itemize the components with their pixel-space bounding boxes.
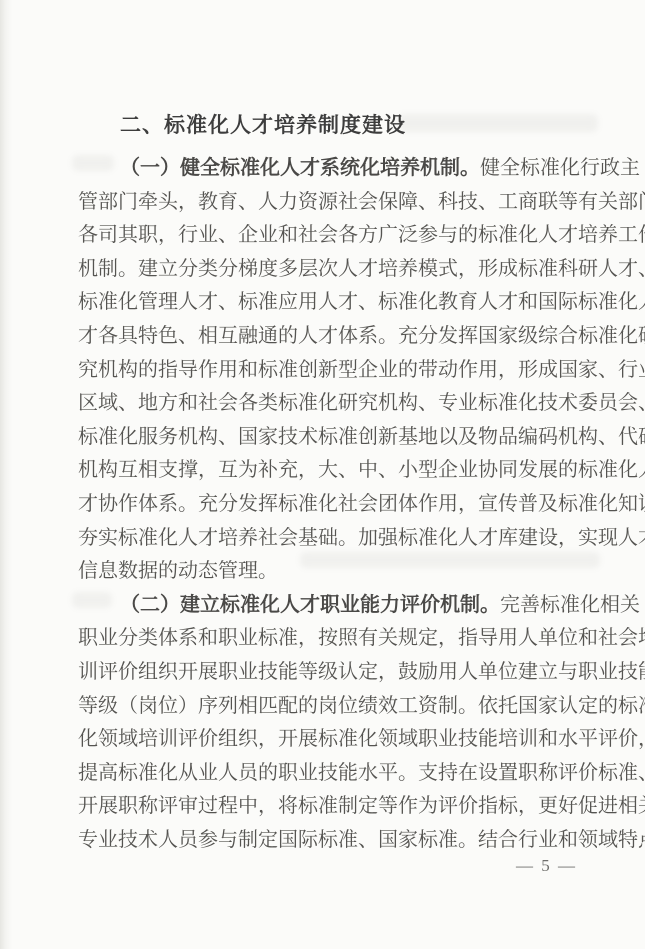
paragraph-text: 职业分类体系和职业标准，按照有关规定，指导用人单位和社会培: [78, 627, 645, 649]
paragraph-text: 标准化服务机构、国家技术标准创新基地以及物品编码机构、代码: [78, 426, 645, 448]
document-body: （一）健全标准化人才系统化培养机制。健全标准化行政主管部门牵头，教育、人力资源社…: [78, 152, 612, 857]
paragraph-text: 标准化管理人才、标准应用人才、标准化教育人才和国际标准化人: [78, 291, 645, 313]
text-line: 标准化管理人才、标准应用人才、标准化教育人才和国际标准化人: [78, 286, 612, 320]
paragraph-text: 等级（岗位）序列相匹配的岗位绩效工资制。依托国家认定的标准: [78, 695, 645, 717]
text-line: 开展职称评审过程中，将标准制定等作为评价指标，更好促进相关: [78, 790, 612, 824]
paragraph-text: 管部门牵头，教育、人力资源社会保障、科技、工商联等有关部门: [78, 191, 645, 213]
text-line: 提高标准化从业人员的职业技能水平。支持在设置职称评价标准、: [78, 757, 612, 791]
text-line: 化领域培训评价组织，开展标准化领域职业技能培训和水平评价，: [78, 723, 612, 757]
paragraph-text: 信息数据的动态管理。: [78, 560, 278, 582]
paragraph-text: 健全标准化行政主: [480, 157, 640, 179]
paragraph-text: 才各具特色、相互融通的人才体系。充分发挥国家级综合标准化研: [78, 325, 645, 347]
text-line: 等级（岗位）序列相匹配的岗位绩效工资制。依托国家认定的标准: [78, 690, 612, 724]
paragraph-text: 各司其职，行业、企业和社会各方广泛参与的标准化人才培养工作: [78, 224, 645, 246]
text-line: 才各具特色、相互融通的人才体系。充分发挥国家级综合标准化研: [78, 320, 612, 354]
document-content: 二、标准化人才培养制度建设 （一）健全标准化人才系统化培养机制。健全标准化行政主…: [78, 112, 612, 857]
section-heading: 二、标准化人才培养制度建设: [120, 112, 612, 152]
paragraph-text: 提高标准化从业人员的职业技能水平。支持在设置职称评价标准、: [78, 762, 645, 784]
text-line: 才协作体系。充分发挥标准化社会团体作用，宣传普及标准化知识，: [78, 488, 612, 522]
paragraph-text: 训评价组织开展职业技能等级认定，鼓励用人单位建立与职业技能: [78, 661, 645, 683]
paragraph-lead-text: （一）健全标准化人才系统化培养机制。: [120, 157, 480, 179]
text-line: 夯实标准化人才培养社会基础。加强标准化人才库建设，实现人才: [78, 522, 612, 556]
text-line: 标准化服务机构、国家技术标准创新基地以及物品编码机构、代码: [78, 421, 612, 455]
text-line: 专业技术人员参与制定国际标准、国家标准。结合行业和领域特点，: [78, 824, 612, 858]
paragraph-text: 机制。建立分类分梯度多层次人才培养模式，形成标准科研人才、: [78, 258, 645, 280]
scan-left-edge-shadow: [0, 0, 12, 949]
paragraph-text: 专业技术人员参与制定国际标准、国家标准。结合行业和领域特点，: [78, 829, 645, 851]
paragraph-lead-text: （二）建立标准化人才职业能力评价机制。: [120, 594, 500, 616]
text-line: 各司其职，行业、企业和社会各方广泛参与的标准化人才培养工作: [78, 219, 612, 253]
paragraph-text: 才协作体系。充分发挥标准化社会团体作用，宣传普及标准化知识，: [78, 493, 645, 515]
text-line: 信息数据的动态管理。: [78, 555, 612, 589]
text-line: 究机构的指导作用和标准创新型企业的带动作用，形成国家、行业、: [78, 354, 612, 388]
paragraph-text: 究机构的指导作用和标准创新型企业的带动作用，形成国家、行业、: [78, 359, 645, 381]
text-line: 管部门牵头，教育、人力资源社会保障、科技、工商联等有关部门: [78, 186, 612, 220]
paragraph-text: 机构互相支撑，互为补充，大、中、小型企业协同发展的标准化人: [78, 459, 645, 481]
text-line: 训评价组织开展职业技能等级认定，鼓励用人单位建立与职业技能: [78, 656, 612, 690]
paragraph-text: 区域、地方和社会各类标准化研究机构、专业标准化技术委员会、: [78, 392, 645, 414]
paragraph-text: 开展职称评审过程中，将标准制定等作为评价指标，更好促进相关: [78, 795, 645, 817]
paragraph-text: 化领域培训评价组织，开展标准化领域职业技能培训和水平评价，: [78, 728, 645, 750]
paragraph-text: 夯实标准化人才培养社会基础。加强标准化人才库建设，实现人才: [78, 527, 645, 549]
document-page: 二、标准化人才培养制度建设 （一）健全标准化人才系统化培养机制。健全标准化行政主…: [0, 0, 645, 949]
text-line: （一）健全标准化人才系统化培养机制。健全标准化行政主: [78, 152, 612, 186]
text-line: 机构互相支撑，互为补充，大、中、小型企业协同发展的标准化人: [78, 454, 612, 488]
text-line: 职业分类体系和职业标准，按照有关规定，指导用人单位和社会培: [78, 622, 612, 656]
page-number: — 5 —: [516, 856, 577, 876]
text-line: 区域、地方和社会各类标准化研究机构、专业标准化技术委员会、: [78, 387, 612, 421]
text-line: 机制。建立分类分梯度多层次人才培养模式，形成标准科研人才、: [78, 253, 612, 287]
paragraph-text: 完善标准化相关: [500, 594, 640, 616]
text-line: （二）建立标准化人才职业能力评价机制。完善标准化相关: [78, 589, 612, 623]
